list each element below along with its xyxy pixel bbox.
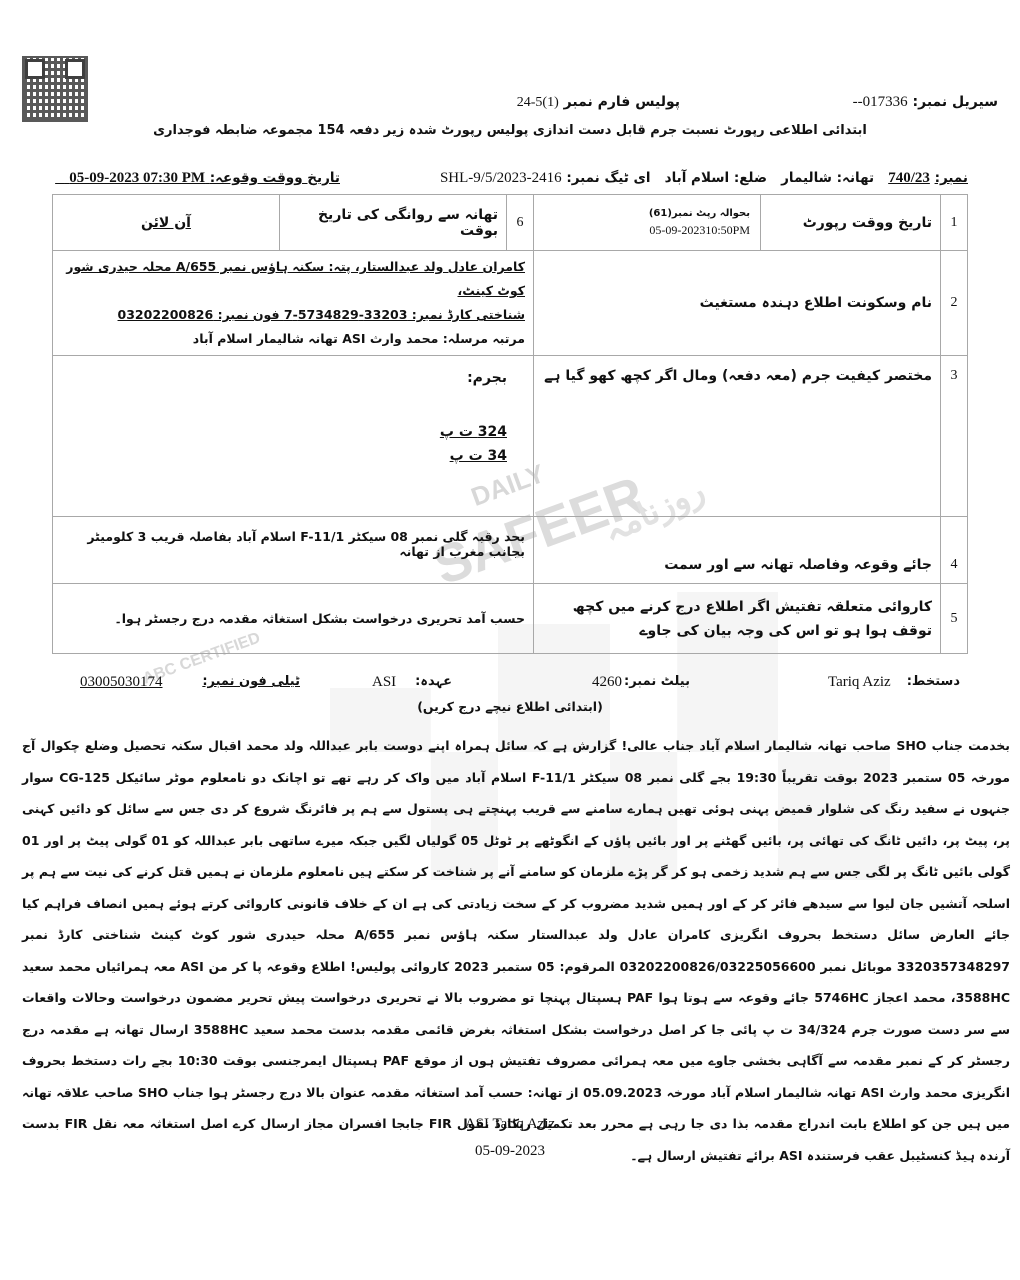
form-value: 24-5(1)	[517, 95, 559, 110]
district-label: ضلع:	[734, 170, 767, 186]
report-datetime: 05-09-202310:50PM	[542, 223, 750, 238]
table-row-5: حسب آمد تحریری درخواست بشکل استغاثہ مقدم…	[53, 584, 968, 654]
complainant-name-address: کامران عادل ولد عبدالستار، پتہ: سکنہ ہاؤ…	[61, 255, 525, 303]
police-form-number: پولیس فارم نمبر 24-5(1)	[420, 94, 680, 111]
fir-table: آن لائن تھانہ سے روانگی کی تاریخ بوقت 6 …	[52, 194, 968, 654]
occurrence-datetime: تاریخ ووقت وقوعہ: 05-09-2023 07:30 PM	[50, 170, 340, 187]
offence-label: مختصر کیفیت جرم (معہ دفعہ) ومال اگر کچھ …	[534, 356, 941, 517]
station-label: تھانہ:	[837, 170, 874, 186]
complainant-label: نام وسکونت اطلاع دہندہ مستغیث	[534, 251, 941, 356]
delay-reason-label: کاروائی متعلقہ تفتیش اگر اطلاع درج کرنے …	[534, 584, 941, 654]
row-number-4: 4	[941, 517, 968, 584]
etag-label: ای ٹیگ نمبر:	[566, 170, 650, 186]
table-row-2: کامران عادل ولد عبدالستار، پتہ: سکنہ ہاؤ…	[53, 251, 968, 356]
place-of-occurrence: بحد رقبہ گلی نمبر 08 سیکٹر F-11/1 اسلام …	[53, 517, 534, 584]
qr-code	[22, 56, 88, 122]
form-label: پولیس فارم نمبر	[564, 94, 680, 110]
row-number-6: 6	[507, 195, 534, 251]
rank-label: عہدہ:	[415, 674, 452, 689]
number-label: نمبر:	[935, 170, 968, 186]
footer-officer: ASI Tariq Aziz	[0, 1116, 1020, 1133]
offence-cell: بجرم: 324 ت پ 34 ت پ	[53, 356, 534, 517]
rank-value: ASI	[372, 674, 396, 691]
place-of-occurrence-label: جائے وقوعہ وفاصلہ تھانہ سے اور سمت	[534, 517, 941, 584]
belt-label: بیلٹ نمبر:	[624, 674, 690, 689]
etag-value: SHL-9/5/2023-2416	[440, 170, 562, 186]
row-number-1: 1	[941, 195, 968, 251]
fir-statement-text: بخدمت جناب SHO صاحب تھانہ شالیمار اسلام …	[22, 730, 1010, 1171]
serial-value: --017336	[853, 94, 908, 110]
offence-section-324: 324 ت پ	[61, 424, 507, 440]
table-row-3: بجرم: 324 ت پ 34 ت پ مختصر کیفیت جرم (مع…	[53, 356, 968, 517]
district-value: اسلام آباد	[665, 170, 729, 186]
row-number-3: 3	[941, 356, 968, 517]
phone-value: 03005030174	[80, 674, 163, 691]
offence-section-34: 34 ت پ	[61, 448, 507, 464]
row-number-2: 2	[941, 251, 968, 356]
complainant-cnic-phone: شناختی کارڈ نمبر: 33203-5734829-7 فون نم…	[61, 303, 525, 327]
report-datetime-cell: بحوالہ رپٹ نمبر(61) 05-09-202310:50PM	[534, 195, 761, 251]
sign-label: دستخط:	[907, 674, 960, 689]
table-row-4: بحد رقبہ گلی نمبر 08 سیکٹر F-11/1 اسلام …	[53, 517, 968, 584]
serial-number: سیریل نمبر: --017336	[853, 94, 998, 111]
belt-value: 4260	[592, 674, 622, 691]
occurrence-label: تاریخ ووقت وقوعہ:	[210, 170, 340, 186]
row-number-5: 5	[941, 584, 968, 654]
document-title: ابتدائی اطلاعی رپورٹ نسبت جرم قابل دست ا…	[0, 123, 1020, 138]
instruction-note: (ابتدائی اطلاع نیچے درج کریں)	[0, 699, 1020, 714]
number-value: 740/23	[888, 170, 930, 186]
serial-label: سیریل نمبر:	[913, 94, 998, 110]
underline-trail	[55, 170, 64, 186]
station-value: شالیمار	[781, 170, 832, 186]
phone-label: ٹیلی فون نمبر:	[202, 674, 300, 689]
footer-date: 05-09-2023	[0, 1143, 1020, 1160]
prepared-by: مرتبہ مرسلہ: محمد وارث ASI تھانہ شالیمار…	[61, 327, 525, 351]
fir-statement: بخدمت جناب SHO صاحب تھانہ شالیمار اسلام …	[22, 730, 1010, 1171]
report-datetime-label: تاریخ ووقت رپورٹ	[761, 195, 941, 251]
table-row-1: آن لائن تھانہ سے روانگی کی تاریخ بوقت 6 …	[53, 195, 968, 251]
offence-heading: بجرم:	[61, 370, 507, 386]
fir-meta-line: نمبر: 740/23 تھانہ: شالیمار ضلع: اسلام آ…	[440, 170, 968, 187]
report-reference: بحوالہ رپٹ نمبر(61)	[542, 208, 750, 219]
delay-reason: حسب آمد تحریری درخواست بشکل استغاثہ مقدم…	[53, 584, 534, 654]
sign-value: Tariq Aziz	[828, 674, 891, 691]
departure-value-cell: آن لائن	[53, 195, 280, 251]
departure-value: آن لائن	[141, 215, 191, 231]
occurrence-value: 05-09-2023 07:30 PM	[69, 170, 205, 186]
departure-label: تھانہ سے روانگی کی تاریخ بوقت	[280, 195, 507, 251]
complainant-cell: کامران عادل ولد عبدالستار، پتہ: سکنہ ہاؤ…	[53, 251, 534, 356]
